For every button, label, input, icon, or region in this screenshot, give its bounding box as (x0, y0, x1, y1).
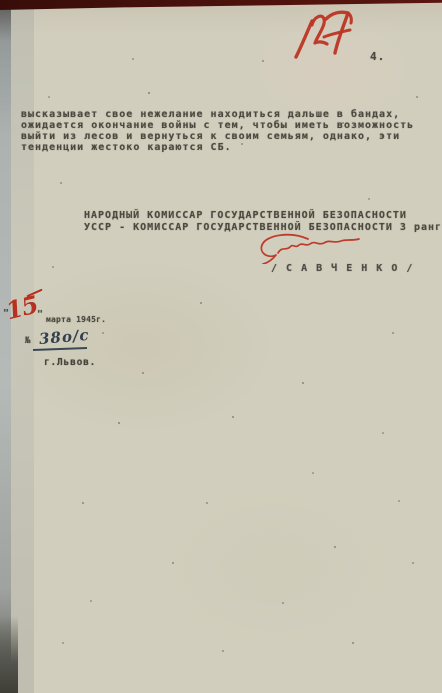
paragraph-line: высказывает свое нежелание находиться да… (21, 109, 414, 120)
handwritten-folio-number (288, 5, 366, 63)
photo-edge-top (0, 0, 442, 10)
paragraph-line: тенденции жестоко караются СБ. (21, 142, 414, 153)
paragraph-line: выйти из лесов и вернуться к своим семья… (21, 131, 414, 142)
page-number: 4. (370, 50, 385, 63)
handwritten-doc-number: 38о/с (38, 326, 90, 348)
date-month-year: марта 1945г. (46, 315, 106, 324)
paragraph-line: ожидается окончание войны с тем, чтобы и… (21, 120, 414, 131)
city-line: г.Львов. (44, 357, 96, 368)
signatory-title-line: НАРОДНЫЙ КОМИССАР ГОСУДАРСТВЕННОЙ БЕЗОПА… (84, 210, 442, 222)
body-paragraph: высказывает свое нежелание находиться да… (21, 109, 414, 153)
paper-edge-left-shadow (11, 0, 34, 693)
handwritten-signature (242, 230, 366, 264)
paper-corner-bottom-left (0, 616, 18, 693)
document-page: 4. высказывает свое нежелание находиться… (0, 0, 442, 693)
handwritten-day: 15 (3, 290, 40, 326)
paper-edge-left (0, 0, 11, 693)
signatory-typed-name: / С А В Ч Е Н К О / (271, 263, 414, 274)
doc-number-label: № (25, 336, 30, 346)
